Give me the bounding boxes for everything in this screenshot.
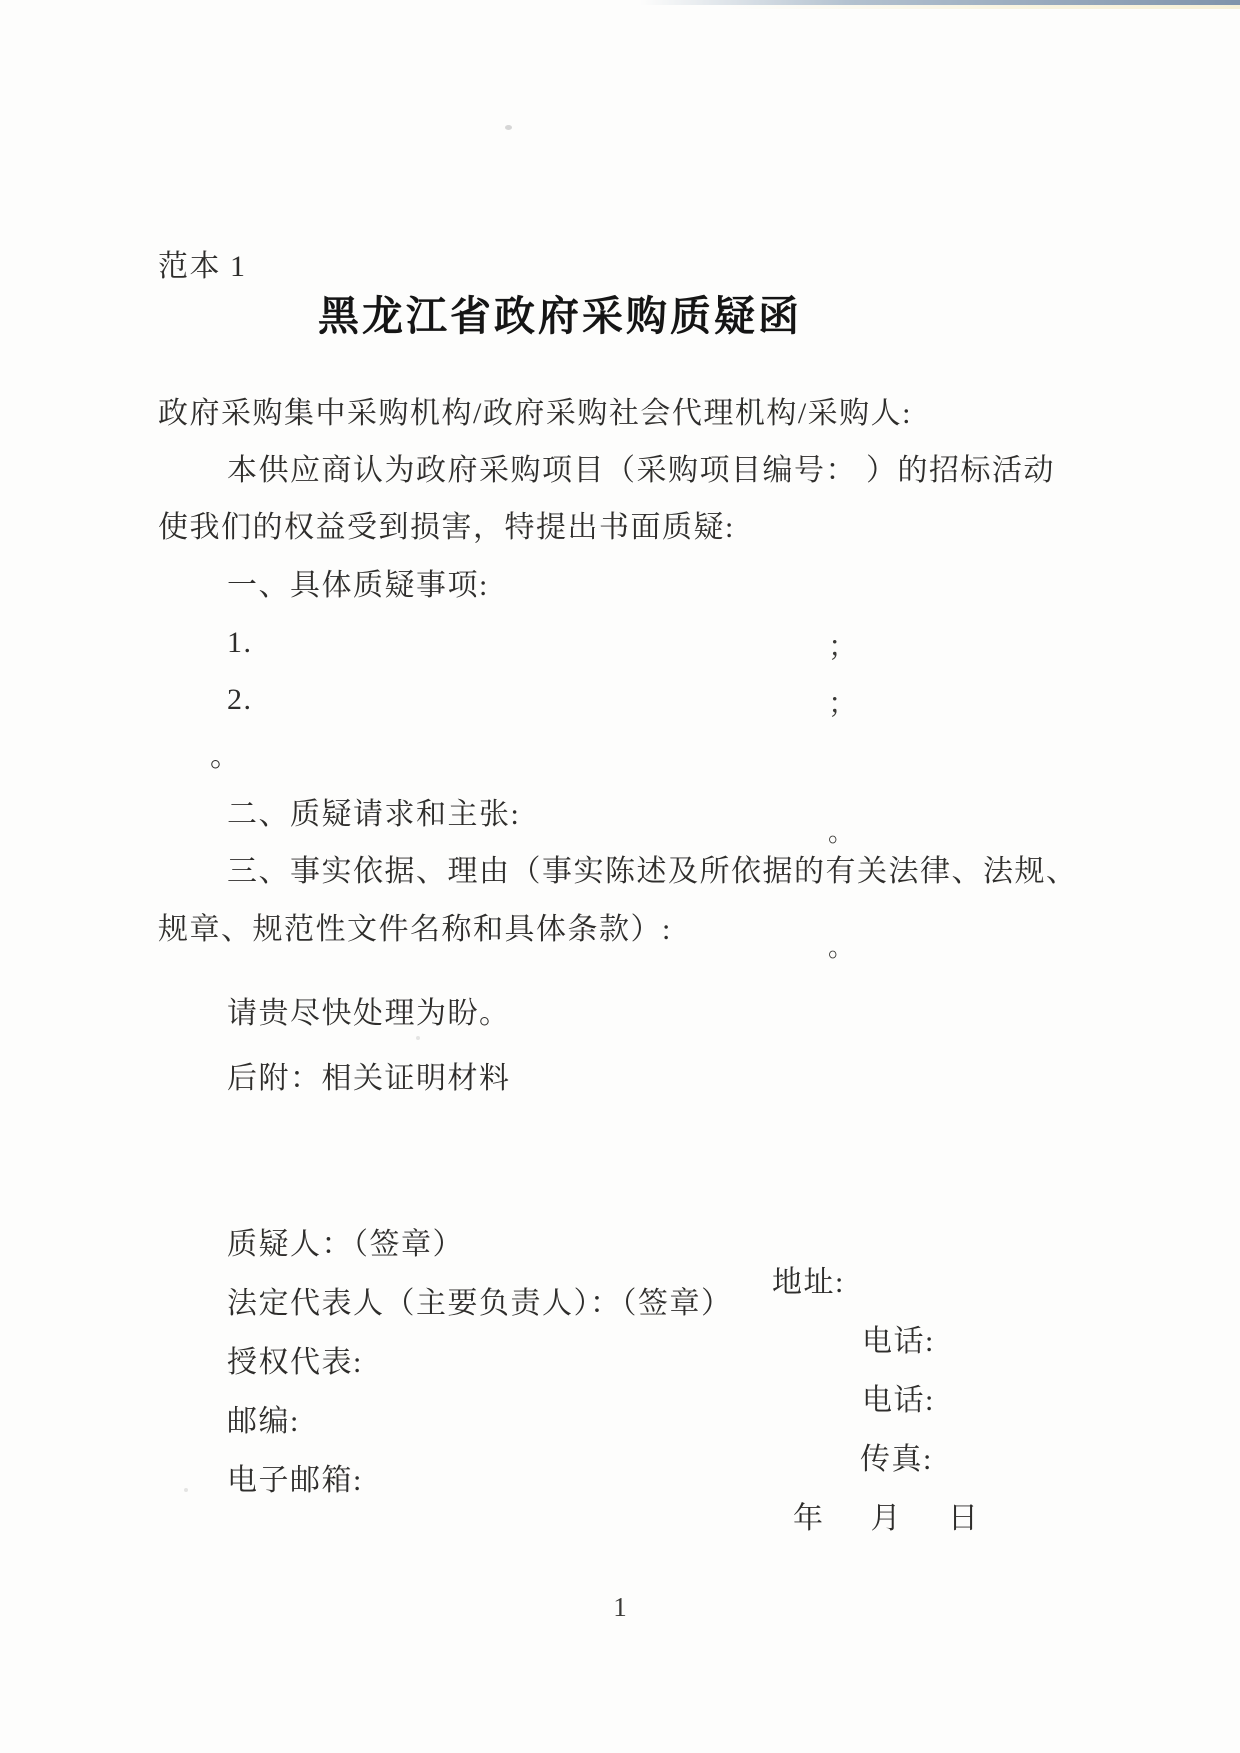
scanned-document-page: 范本 1 黑龙江省政府采购质疑函 政府采购集中采购机构/政府采购社会代理机构/采…: [0, 0, 1240, 1753]
section1-trailing-period: 。: [210, 738, 242, 776]
section2-heading: 二、质疑请求和主张:: [227, 796, 520, 834]
attachment-line: 后附：相关证明材料: [227, 1060, 511, 1098]
date-line: 年 月 日: [793, 1493, 978, 1537]
section2-trailing-period: 。: [828, 812, 854, 849]
scan-speck: [505, 125, 512, 130]
page-number: 1: [0, 1592, 1240, 1623]
section1-item2-semicolon: ；: [828, 681, 857, 722]
email-label: 电子邮箱:: [227, 1462, 363, 1500]
intro-line-1: 本供应商认为政府采购项目（采购项目编号： ）的招标活动: [227, 452, 1055, 490]
scan-speck: [416, 1036, 420, 1040]
closing-line: 请贵尽快处理为盼。: [227, 995, 511, 1033]
day-label: 日: [948, 1493, 978, 1537]
document-title: 黑龙江省政府采购质疑函: [140, 283, 980, 342]
section1-item2-label: 2.: [227, 681, 253, 719]
section1-item1-label: 1.: [227, 624, 253, 662]
section3-heading-line2: 规章、规范性文件名称和具体条款）:: [158, 911, 672, 949]
salutation-line: 政府采购集中采购机构/政府采购社会代理机构/采购人:: [158, 395, 912, 433]
section3-trailing-period: 。: [828, 927, 854, 964]
template-label: 范本 1: [158, 248, 247, 286]
signature-row: 电子邮箱:: [0, 1424, 1240, 1538]
section3-heading-line1: 三、事实依据、理由（事实陈述及所依据的有关法律、法规、: [227, 853, 1078, 891]
year-label: 年: [793, 1493, 823, 1537]
scan-artifact-top-edge-2: [720, 5, 1240, 9]
month-label: 月: [871, 1493, 901, 1537]
section1-heading: 一、具体质疑事项:: [227, 567, 489, 605]
section1-item1-semicolon: ；: [828, 624, 857, 665]
intro-line-2: 使我们的权益受到损害，特提出书面质疑:: [158, 509, 735, 547]
